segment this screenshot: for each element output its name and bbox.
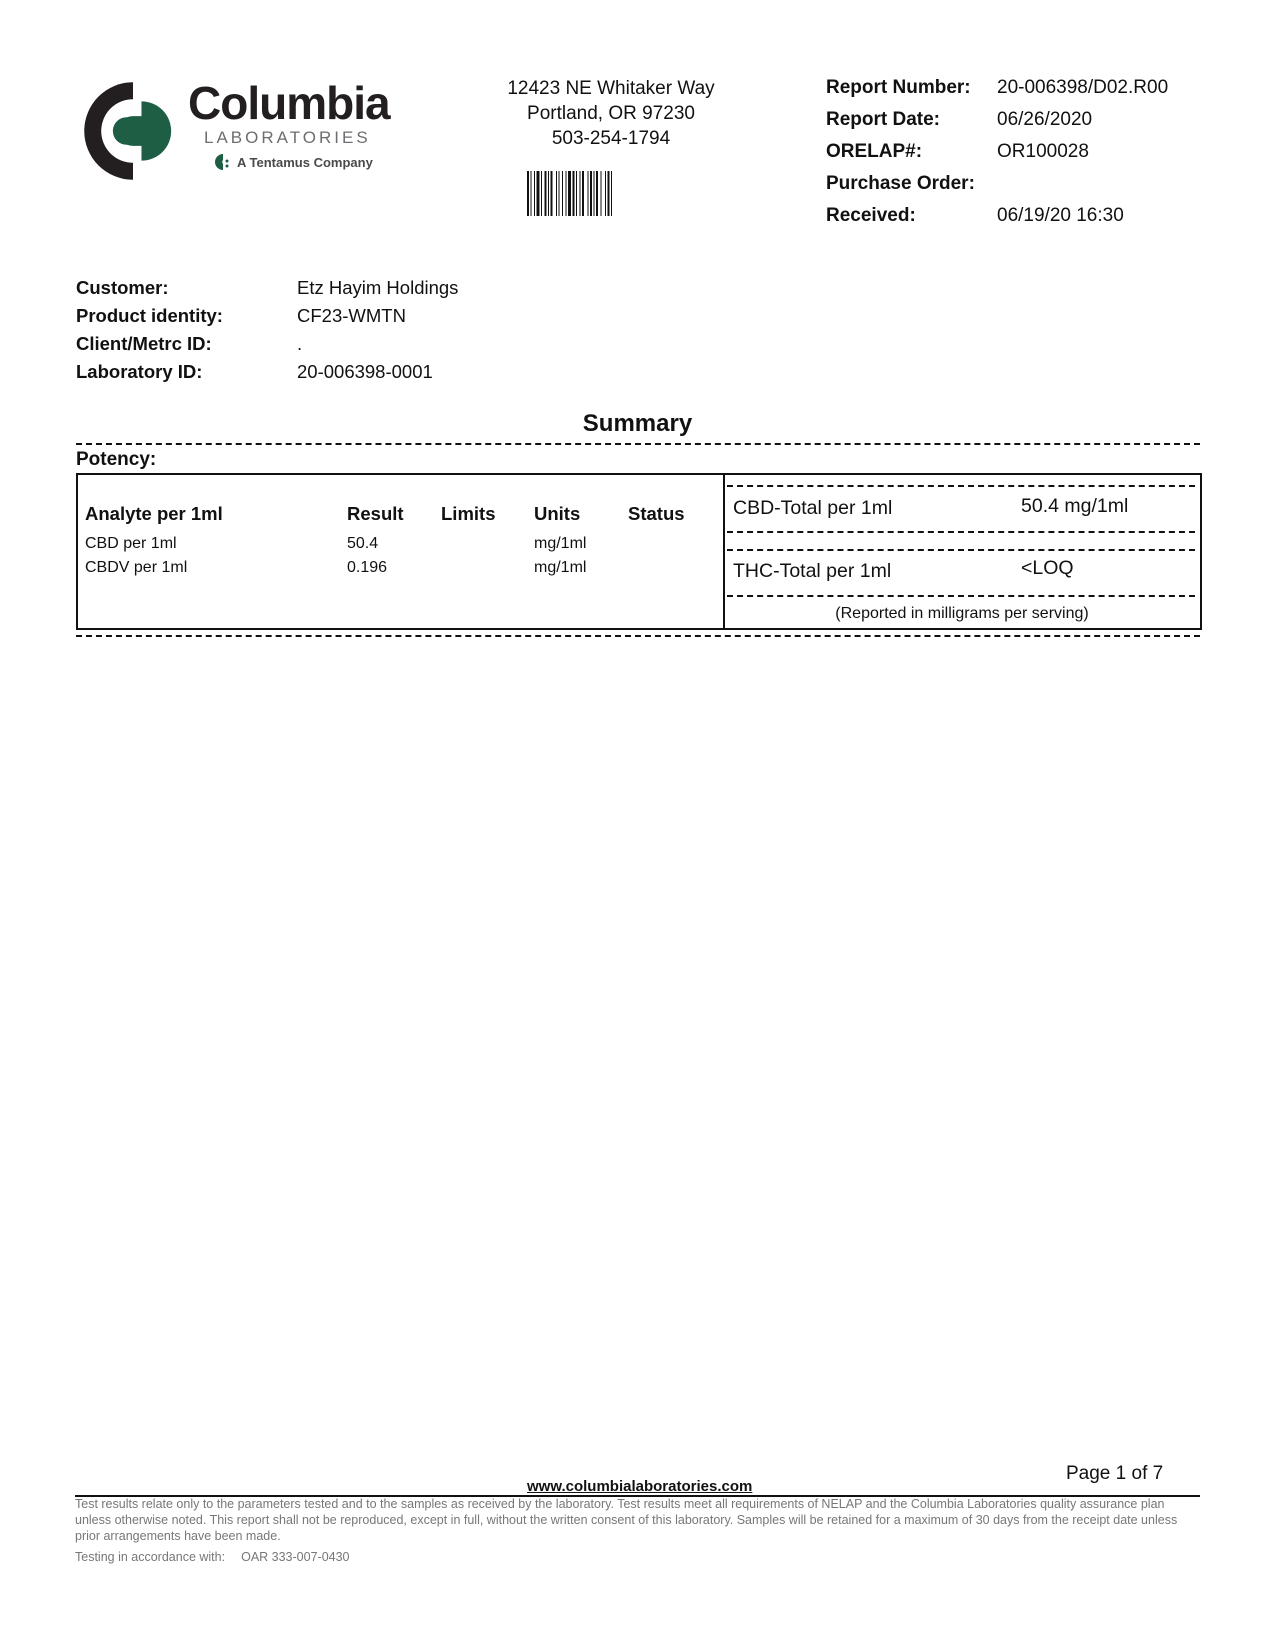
address-phone: 503-254-1794 — [470, 126, 752, 151]
units-cell: mg/1ml — [534, 535, 586, 553]
col-header-analyte: Analyte per 1ml — [85, 503, 223, 525]
website-link[interactable]: www.columbialaboratories.com — [527, 1478, 752, 1495]
dashed-divider — [727, 531, 1195, 533]
address-street: 12423 NE Whitaker Way — [470, 76, 752, 101]
logo-tagline: A Tentamus Company — [213, 152, 373, 172]
col-header-limits: Limits — [441, 503, 495, 525]
address-city: Portland, OR 97230 — [470, 101, 752, 126]
dashed-divider — [76, 635, 1200, 637]
dashed-divider — [727, 485, 1195, 487]
dashed-divider — [76, 443, 1200, 445]
col-header-result: Result — [347, 503, 404, 525]
units-cell: mg/1ml — [534, 559, 586, 577]
dashed-divider — [727, 595, 1195, 597]
testing-standard: Testing in accordance with:OAR 333-007-0… — [75, 1550, 350, 1564]
analyte-cell: CBDV per 1ml — [85, 559, 187, 577]
laboratory-id-label: Laboratory ID: — [76, 360, 202, 384]
col-header-units: Units — [534, 503, 580, 525]
page-number: Page 1 of 7 — [1066, 1463, 1163, 1485]
column-divider — [723, 475, 725, 628]
barcode-icon — [527, 171, 669, 216]
customer-label: Customer: — [76, 276, 169, 300]
result-cell: 0.196 — [347, 559, 387, 577]
logo-subtitle: LABORATORIES — [204, 128, 371, 148]
logo-wordmark: Columbia — [188, 76, 390, 130]
potency-heading: Potency: — [76, 449, 156, 471]
cbd-total-label: CBD-Total per 1ml — [733, 497, 892, 520]
testing-label: Testing in accordance with: — [75, 1550, 225, 1564]
analyte-cell: CBD per 1ml — [85, 535, 177, 553]
col-header-status: Status — [628, 503, 685, 525]
potency-summary-box: Analyte per 1ml Result Limits Units Stat… — [76, 473, 1202, 630]
meta-label: Received: — [826, 204, 916, 228]
product-identity-value: CF23-WMTN — [297, 304, 406, 328]
meta-label: Report Date: — [826, 108, 940, 132]
footer-disclaimer: Test results relate only to the paramete… — [75, 1496, 1200, 1544]
meta-label: Purchase Order: — [826, 172, 975, 196]
testing-value: OAR 333-007-0430 — [241, 1550, 349, 1564]
tagline-text: A Tentamus Company — [237, 155, 373, 170]
report-number-value: 20-006398/D02.R00 — [997, 76, 1168, 100]
client-metrc-label: Client/Metrc ID: — [76, 332, 212, 356]
cbd-total-value: 50.4 mg/1ml — [1021, 495, 1128, 518]
dashed-divider — [727, 549, 1195, 551]
reporting-note: (Reported in milligrams per serving) — [727, 605, 1197, 623]
tentamus-icon — [213, 152, 233, 172]
thc-total-label: THC-Total per 1ml — [733, 560, 891, 583]
lab-address: 12423 NE Whitaker Way Portland, OR 97230… — [470, 76, 752, 151]
received-value: 06/19/20 16:30 — [997, 204, 1124, 228]
orelap-value: OR100028 — [997, 140, 1089, 164]
laboratory-id-value: 20-006398-0001 — [297, 360, 433, 384]
result-cell: 50.4 — [347, 535, 378, 553]
report-date-value: 06/26/2020 — [997, 108, 1092, 132]
customer-value: Etz Hayim Holdings — [297, 276, 458, 300]
meta-label: ORELAP#: — [826, 140, 922, 164]
thc-total-value: <LOQ — [1021, 557, 1074, 580]
columbia-logo-mark-icon — [80, 78, 186, 184]
product-identity-label: Product identity: — [76, 304, 223, 328]
meta-label: Report Number: — [826, 76, 971, 100]
company-logo: Columbia LABORATORIES A Tentamus Company — [80, 78, 410, 188]
summary-title: Summary — [0, 410, 1275, 438]
client-metrc-value: . — [297, 332, 302, 356]
